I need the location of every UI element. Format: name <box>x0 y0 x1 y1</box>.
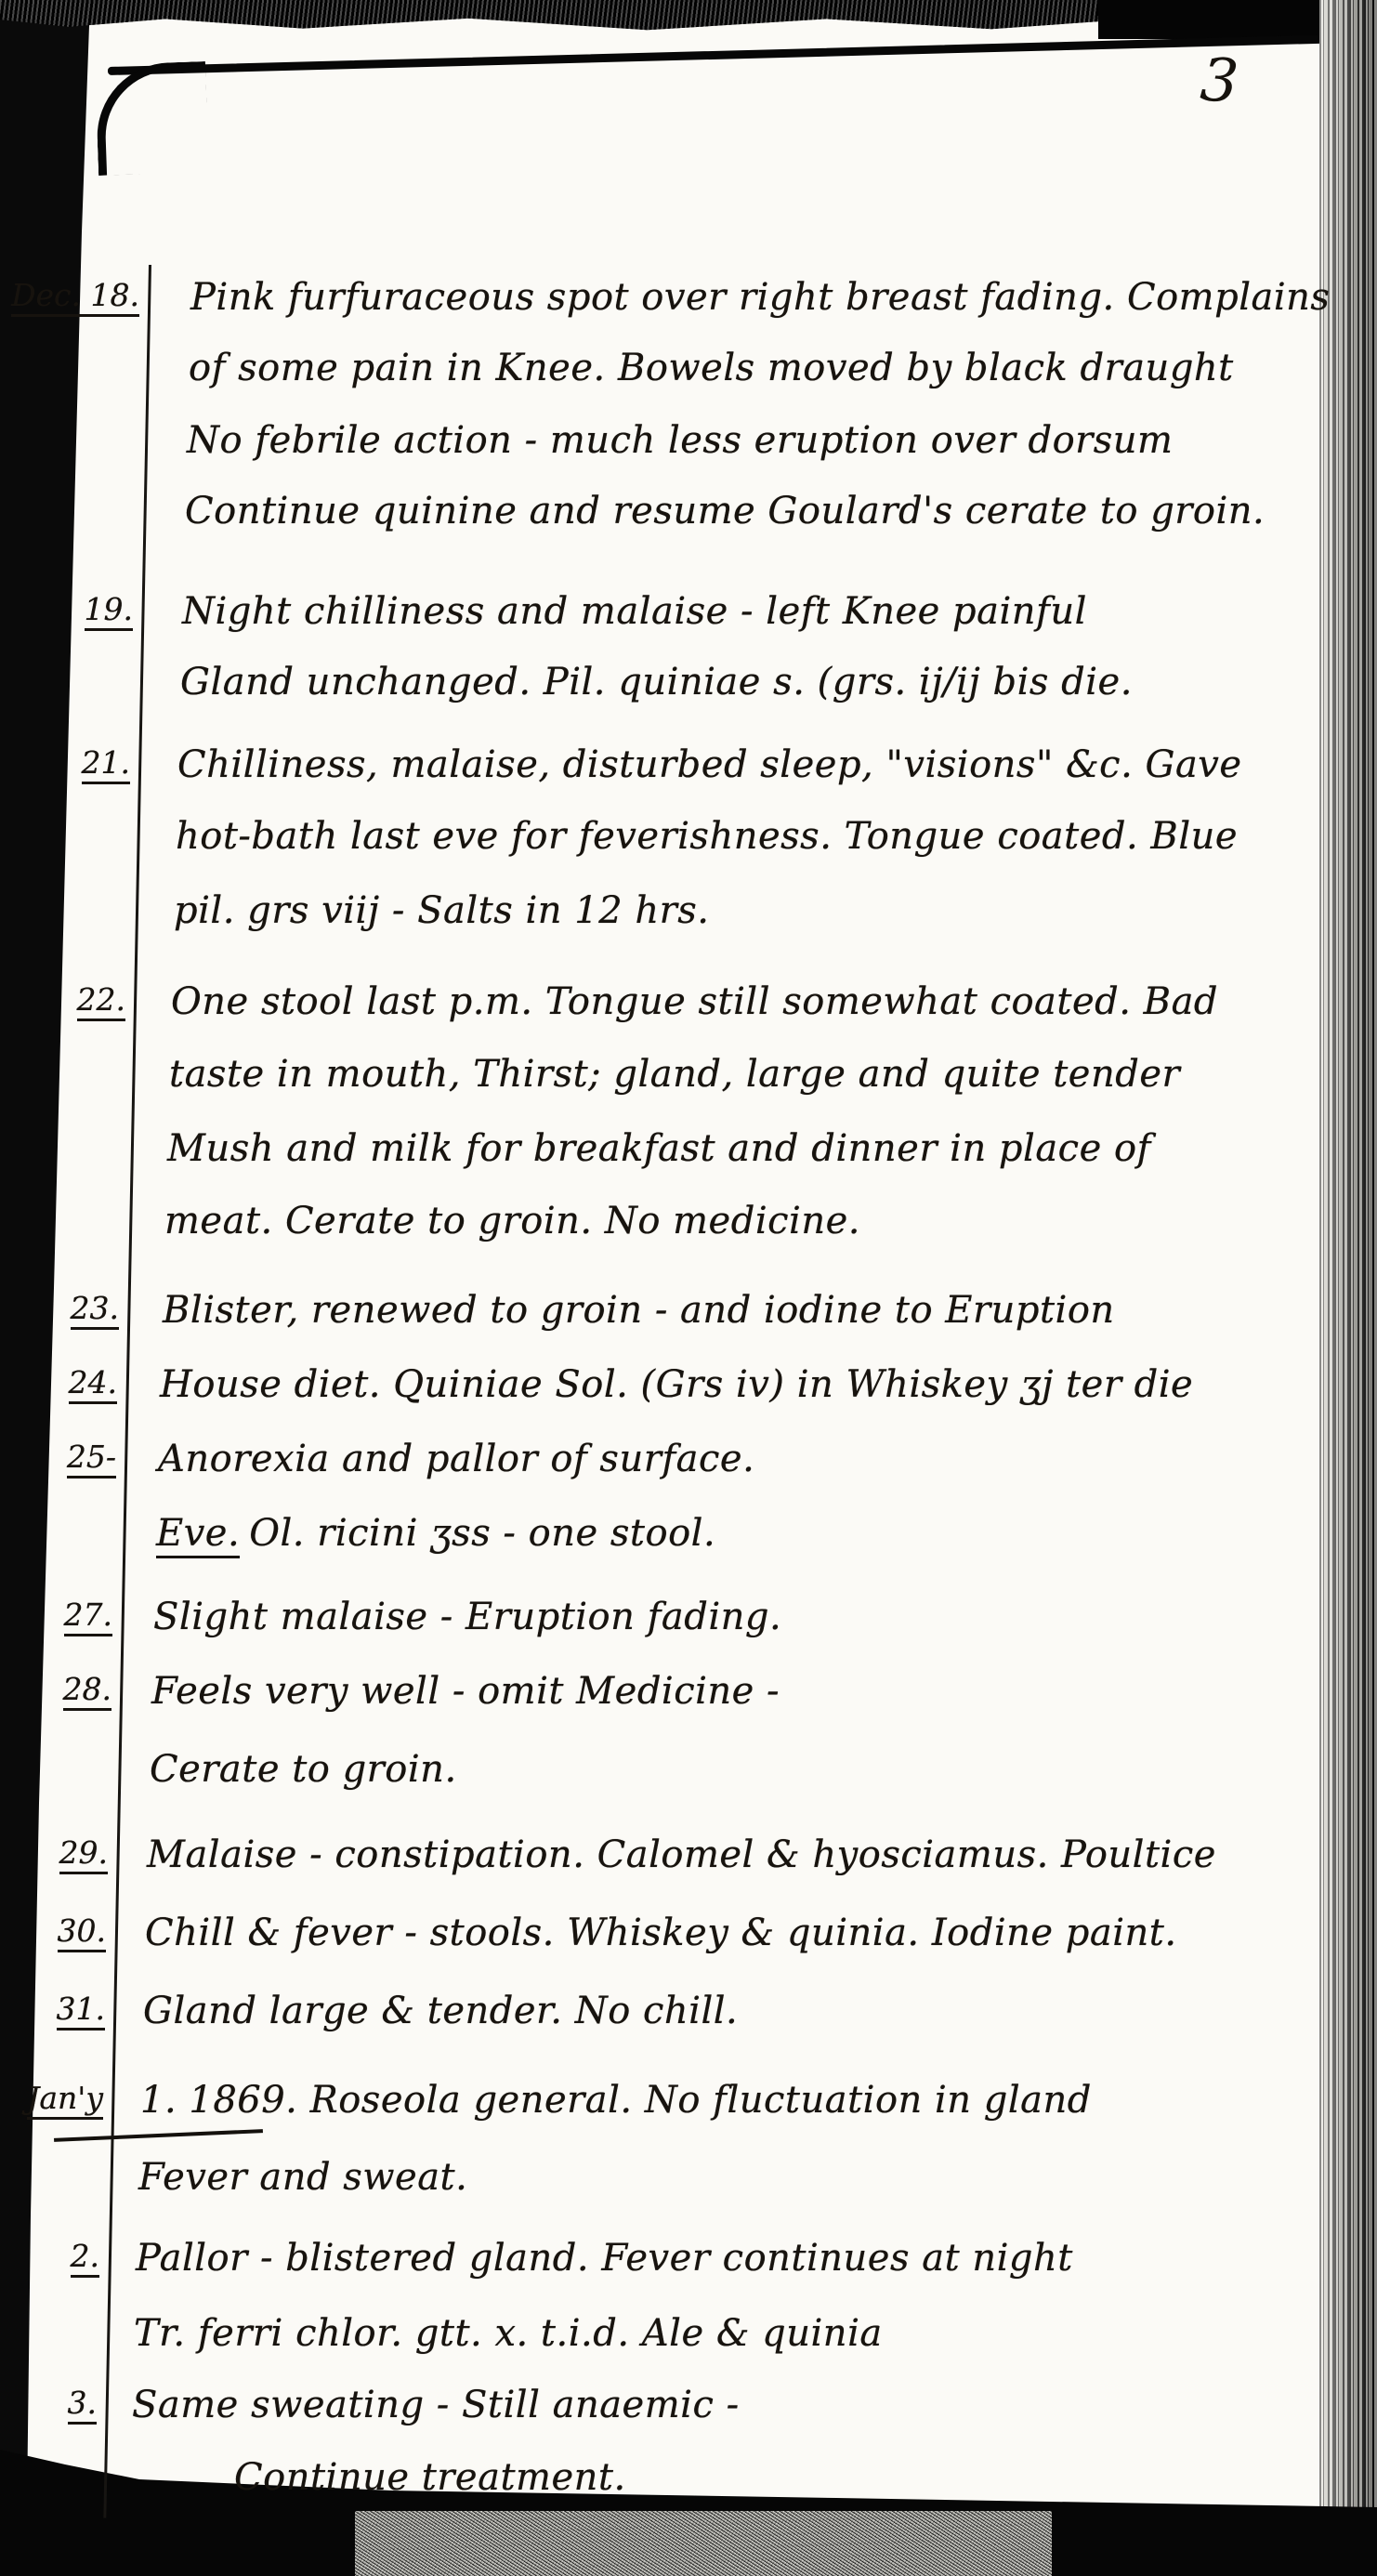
entry-date: 27. <box>0 1593 112 1637</box>
entry-line: Chill & fever - stools. Whiskey & quinia… <box>145 1907 1177 1959</box>
entry-date-label: 29. <box>59 1834 108 1874</box>
entry-line: meat. Cerate to groin. No medicine. <box>164 1195 860 1247</box>
entry-line: Continue quinine and resume Goulard's ce… <box>185 485 1265 537</box>
entry-line: Anorexia and pallor of surface. <box>158 1433 754 1485</box>
entry-line: Cerate to groin. <box>150 1743 457 1795</box>
entry-line: Gland unchanged. Pil. quiniae s. (grs. i… <box>180 656 1133 708</box>
entry-line: Feels very well - omit Medicine - <box>151 1665 780 1717</box>
entry-line: Malaise - constipation. Calomel & hyosci… <box>147 1829 1216 1881</box>
entry-line-text: Ol. ricini ʒss - one stool. <box>249 1512 715 1555</box>
entry-date: 23. <box>0 1286 119 1331</box>
entry-date: 19. <box>0 587 133 632</box>
entry-date-label: Dec. 18. <box>11 277 139 317</box>
entry-date-label: 21. <box>82 744 130 784</box>
entry-line: Slight malaise - Eruption fading. <box>153 1591 781 1643</box>
entry-date-label: 24. <box>69 1364 117 1404</box>
entry-line: Blister, renewed to groin - and iodine t… <box>163 1284 1115 1336</box>
entry-date: 29. <box>0 1831 108 1875</box>
entry-line: Eve.Ol. ricini ʒss - one stool. <box>156 1507 715 1559</box>
entry-line: Same sweating - Still anaemic - <box>132 2379 740 2431</box>
entry-date-label: 22. <box>77 981 125 1021</box>
entry-line: House diet. Quiniae Sol. (Grs iv) in Whi… <box>160 1359 1193 1411</box>
entry-line: One stool last p.m. Tongue still somewha… <box>171 976 1218 1028</box>
entry-date: 31. <box>0 1987 105 2031</box>
page-top-edge <box>108 34 1357 75</box>
entry-line: Continue treatment. <box>234 2451 626 2504</box>
book-binding-edge <box>1319 0 1377 2576</box>
entry-line: Night chilliness and malaise - left Knee… <box>182 585 1087 637</box>
entry-date: 2. <box>0 2234 99 2279</box>
entry-line-lead: Eve. <box>156 1512 240 1558</box>
page-number: 3 <box>1199 46 1278 119</box>
entry-date: Jan'y <box>0 2076 103 2121</box>
date-underline-flourish <box>54 2129 263 2142</box>
entry-date: 30. <box>0 1909 106 1953</box>
entry-line: taste in mouth, Thirst; gland, large and… <box>169 1048 1180 1100</box>
entry-date-label: 19. <box>85 591 133 631</box>
entry-line: 1. 1869. Roseola general. No fluctuation… <box>140 2074 1092 2126</box>
journal-page-scan: 3 Dec. 18.Pink furfuraceous spot over ri… <box>0 0 1377 2576</box>
entry-date-label: 30. <box>58 1912 106 1952</box>
entry-line: No febrile action - much less eruption o… <box>187 414 1173 467</box>
entry-line: of some pain in Knee. Bowels moved by bl… <box>189 342 1234 394</box>
entry-date: 24. <box>0 1360 117 1405</box>
entry-date-label: 25- <box>67 1439 116 1479</box>
entry-date-label: 23. <box>71 1290 119 1330</box>
entry-line: hot-bath last eve for feverishness. Tong… <box>176 810 1238 862</box>
entry-date-label: 28. <box>63 1671 111 1711</box>
entry-line: Gland large & tender. No chill. <box>143 1985 738 2037</box>
entry-date: 3. <box>0 2381 97 2425</box>
entry-line: Pink furfuraceous spot over right breast… <box>190 271 1330 323</box>
entry-date: 21. <box>0 741 130 785</box>
entry-line: Tr. ferri chlor. gtt. x. t.i.d. Ale & qu… <box>134 2307 883 2359</box>
entry-date: Dec. 18. <box>0 273 139 318</box>
entry-date: 22. <box>0 978 125 1022</box>
entry-date-label: 31. <box>57 1991 105 2031</box>
entry-date-label: 3. <box>68 2385 98 2425</box>
entry-line: Pallor - blistered gland. Fever continue… <box>136 2232 1073 2284</box>
entry-line: pil. grs viij - Salts in 12 hrs. <box>174 885 710 937</box>
entry-date-label: 2. <box>71 2238 100 2278</box>
page-corner-curve <box>95 61 209 176</box>
scan-noise-strip <box>355 2511 1052 2576</box>
entry-line: Fever and sweat. <box>138 2151 467 2203</box>
entry-date: 25- <box>0 1435 116 1479</box>
entry-date-label: Jan'y <box>27 2080 103 2120</box>
entry-date-label: 27. <box>64 1597 112 1636</box>
entry-line: Mush and milk for breakfast and dinner i… <box>167 1123 1151 1175</box>
entry-line: Chilliness, malaise, disturbed sleep, "v… <box>177 739 1242 791</box>
entry-date: 28. <box>0 1667 111 1712</box>
